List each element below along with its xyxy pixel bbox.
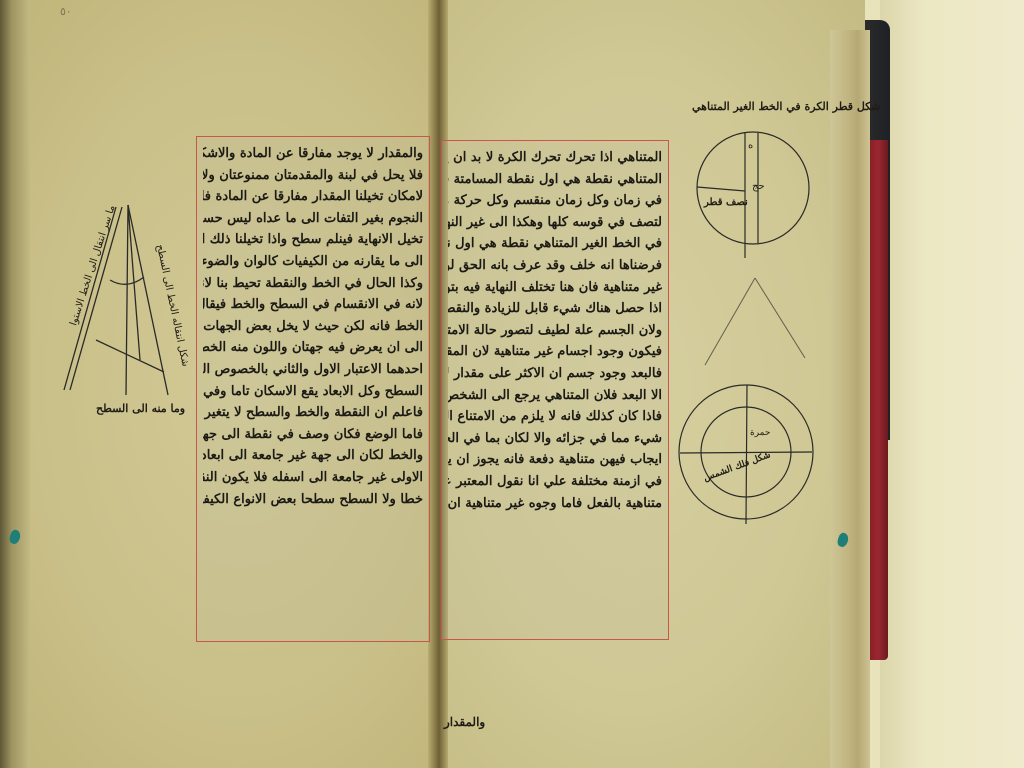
text-line: فالبعد وجود جسم ان الاكثر على مقدار لا ي… [448,363,662,385]
left-text-block: والمقدار لا يوجد مفارقا عن المادة والاشك… [196,136,430,642]
text-line: فرضناها انه خلف وقد عرف بانه الحق لو كان… [448,255,662,277]
text-line [203,575,423,597]
text-line [203,618,423,640]
text-line: وكذا الحال في الخط والنقطة تحيط بنا لانه… [203,273,423,295]
text-line [448,622,662,640]
text-line: الى ما يقارنه من الكيفيات كالوان والضوء … [203,251,423,273]
text-line: في الخط الغير المتناهي نقطة هي اول نقطة … [448,233,662,255]
text-line [448,536,662,558]
text-line [448,514,662,536]
text-line: فلا يحل في لبنة والمقدمتان ممنوعتان ولا … [203,165,423,187]
circle-inner-label: نصف قطر [704,197,748,208]
left-page-edge [0,0,30,768]
text-line: الا البعد فلان المتناهي يرجع الى الشخص ف… [448,385,662,407]
text-line: السطح وكل الابعاد يقع الاسكان تاما وفي ا… [203,381,423,403]
folio-number: ٥٠ [60,5,72,18]
text-line [448,600,662,622]
text-line: في ازمنة مختلفة علي انا نقول المعتبر عدم… [448,471,662,493]
right-page-fore-edge [830,30,870,768]
circle-diameter-diagram-icon [690,125,820,265]
text-line [203,596,423,618]
text-line: فاما الوضع فكان وصف في نقطة الى جهة غير … [203,424,423,446]
text-line: تخيل الانهاية فينلم سطح واذا تخيلنا ذلك … [203,229,423,251]
text-line: ولان الجسم علة لطيف لتصور حالة الامتناع … [448,320,662,342]
text-line: غير متناهية فان هنا تختلف النهاية فيه بت… [448,277,662,299]
text-line: المتناهي اذا تحرك تحرك الكرة لا بد ان يح… [448,147,662,169]
circle-center-label: حج [752,181,765,192]
circle-diagram-title: شكل قطر الكرة في الخط الغير المتناهي [692,100,880,113]
text-line [448,579,662,601]
text-line [203,510,423,532]
text-line: الاولى غير جامعة الى اسفله فلا يكون النق… [203,467,423,489]
text-line [203,553,423,575]
text-line: ايجاب فيهن متناهية دفعة فانه يجوز ان يمك… [448,449,662,471]
text-line: فاعلم ان النقطة والخط والسطح لا يتغير ال… [203,402,423,424]
text-line: والمقدار لا يوجد مفارقا عن المادة والاشك… [203,143,423,165]
right-text-block: المتناهي اذا تحرك تحرك الكرة لا بد ان يح… [441,140,669,640]
concentric-circles-diagram-icon [678,380,818,530]
text-line: والخط لكان الى جهة غير جامعة الى ابعاد ا… [203,445,423,467]
background-surface [880,0,1024,768]
text-line: النجوم بغير التفات الى ما عداه ليس حسيا … [203,208,423,230]
text-line: فاذا كان كذلك فانه لا يلزم من الامتناع ا… [448,406,662,428]
text-line: لانه في الانقسام في السطح والخط فيقال بح… [203,294,423,316]
circle-top-label: ه [748,140,753,151]
text-line: فيكون وجود اجسام غير متناهية لان المقول … [448,341,662,363]
text-line [448,557,662,579]
text-line [203,532,423,554]
text-line: احدهما الاعتبار الاول والثاني بالخصوص ال… [203,359,423,381]
text-line: المتناهي نقطة هي اول نقطة المسامتة فان ا… [448,169,662,191]
angle-diagram-icon [700,270,820,370]
text-line: خطا ولا السطح سطحا بعض الانواع الكيفية ا… [203,489,423,511]
text-line: لتصف في قوسه كلها وهكذا الى غير النهاية … [448,212,662,234]
text-line: متناهية بالفعل فاما وجوه غير متناهية ان … [448,493,662,515]
text-line: اذا حصل هناك شيء قابل للزيادة والنقصان [448,298,662,320]
text-line: في زمان وكل زمان منقسم وكل حركة منقسمة ف… [448,190,662,212]
text-line: لامكان تخيلنا المقدار مفارقا عن المادة ف… [203,186,423,208]
concentric-upper-label: حمرة [750,428,770,438]
text-line: شيء مما في جزائه والا لكان بما في الجسم … [448,428,662,450]
text-line: الى ان يعرض فيه جهتان واللون منه الخط وا… [203,337,423,359]
cone-caption: وما منه الى السطح [96,402,185,415]
catchword: والمقدار [444,715,485,729]
text-line: الخط فانه لكن حيث لا يخل بعض الجهات [203,316,423,338]
